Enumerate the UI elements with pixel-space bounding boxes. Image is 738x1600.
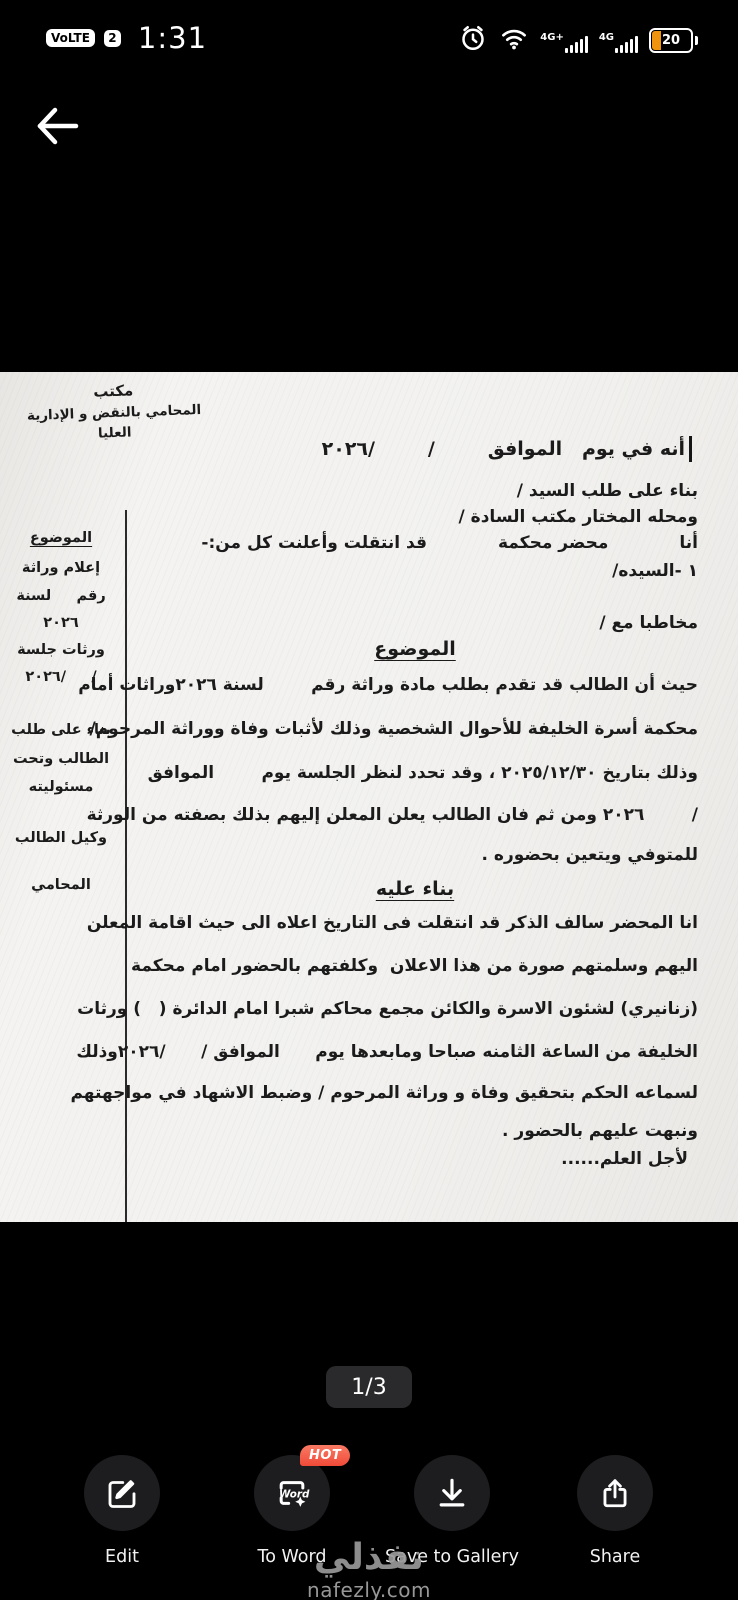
- doc-paragraph: وذلك بتاريخ ٢٠٢٥/١٢/٣٠ ، وقد تحدد لنظر ا…: [148, 762, 698, 785]
- battery-fill: [652, 31, 661, 50]
- to-word-label: To Word: [258, 1547, 327, 1567]
- doc-paragraph: اليهم وسلمتهم صورة من هذا الاعلان وكلفته…: [131, 955, 698, 978]
- download-icon: [433, 1474, 471, 1512]
- margin-divider-line: [125, 510, 127, 1222]
- save-to-gallery-button[interactable]: Save to Gallery: [342, 1455, 562, 1567]
- network-type-secondary: 4G: [599, 33, 614, 43]
- margin-note: الطالب وتحت: [9, 751, 113, 767]
- edit-button[interactable]: Edit: [42, 1455, 202, 1567]
- doc-line-address: ومحله المختار مكتب السادة /: [459, 506, 698, 529]
- clock-time: 1:31: [138, 21, 207, 55]
- page-indicator: 1/3: [326, 1366, 412, 1408]
- doc-heading-accordingly: بناء عليه: [132, 878, 698, 900]
- battery-percent: 20: [662, 34, 680, 47]
- battery-icon: 20: [649, 28, 698, 53]
- save-to-gallery-label: Save to Gallery: [385, 1547, 519, 1567]
- status-bar: VoLTE 2 1:31 4G+: [0, 0, 738, 64]
- margin-note: رقم لسنة: [9, 588, 113, 604]
- doc-paragraph: للمتوفي ويتعين بحضوره .: [482, 844, 698, 867]
- document-page-preview[interactable]: مكتب المحامي بالنقض و الإدارية العليا ال…: [0, 372, 738, 1222]
- doc-line-opening: أنه في يوم الموافق / /٢٠٢٦: [322, 436, 692, 463]
- volte-badge: VoLTE: [46, 29, 95, 47]
- word-convert-icon: Word: [272, 1473, 312, 1513]
- margin-note: مسئوليته: [9, 779, 113, 795]
- watermark-domain: nafezly.com: [0, 1578, 738, 1600]
- share-label: Share: [590, 1547, 641, 1567]
- doc-paragraph: (زنانيري) لشئون الاسرة والكائن مجمع محاك…: [77, 998, 698, 1021]
- battery-tip: [695, 36, 698, 45]
- document-body: أنه في يوم الموافق / /٢٠٢٦ بناء على طلب …: [132, 372, 698, 1222]
- doc-paragraph: الخليفة من الساعة الثامنه صباحا ومابعدها…: [76, 1041, 698, 1064]
- scan-artifact-bar: [689, 436, 692, 462]
- network-type-primary: 4G+: [540, 33, 564, 43]
- doc-paragraph: حيث أن الطالب قد تقدم بطلب مادة وراثة رق…: [78, 674, 698, 697]
- back-arrow-icon: [35, 105, 81, 147]
- doc-line-spoke-with: مخاطبا مع /: [599, 612, 698, 635]
- doc-line-bailiff: أنا محضر محكمة قد انتقلت وأعلنت كل من:-: [201, 532, 698, 555]
- signal-bars-icon: [615, 36, 638, 53]
- doc-line-closing: لأجل العلم......: [561, 1148, 688, 1171]
- doc-heading-subject: الموضوع: [132, 638, 698, 660]
- share-button[interactable]: Share: [535, 1455, 695, 1567]
- doc-paragraph: لسماعه الحكم بتحقيق وفاة و وراثة المرحوم…: [70, 1082, 698, 1105]
- margin-note: ٢٠٢٦: [9, 615, 113, 631]
- margin-note: الموضوع: [9, 530, 113, 546]
- share-icon: [597, 1475, 633, 1511]
- doc-paragraph: انا المحضر سالف الذكر قد انتقلت فى التار…: [87, 912, 698, 935]
- doc-line-recipient: ١ -السيده/: [612, 560, 698, 583]
- edit-pencil-icon: [104, 1475, 140, 1511]
- margin-note: ورثات جلسة: [9, 642, 113, 658]
- alarm-icon: [458, 23, 488, 53]
- doc-line-request: بناء على طلب السيد /: [517, 480, 698, 503]
- signal-4g: 4G: [599, 32, 638, 53]
- svg-text:Word: Word: [279, 1488, 310, 1500]
- margin-note: وكيل الطالب: [9, 830, 113, 846]
- doc-paragraph: محكمة أسرة الخليفة للأحوال الشخصية وذلك …: [90, 718, 699, 741]
- wifi-icon: [499, 23, 529, 53]
- margin-note: المحامي: [9, 877, 113, 893]
- edit-label: Edit: [105, 1547, 139, 1567]
- signal-4gplus: 4G+: [540, 32, 588, 53]
- sim-slot-badge: 2: [104, 30, 121, 47]
- doc-paragraph: ونبهت عليهم بالحضور .: [502, 1120, 698, 1143]
- signal-bars-icon: [565, 36, 588, 53]
- doc-paragraph: / ٢٠٢٦ ومن ثم فان الطالب يعلن المعلن إلي…: [87, 804, 698, 827]
- back-button[interactable]: [30, 98, 86, 154]
- margin-note: إعلام وراثة: [9, 560, 113, 576]
